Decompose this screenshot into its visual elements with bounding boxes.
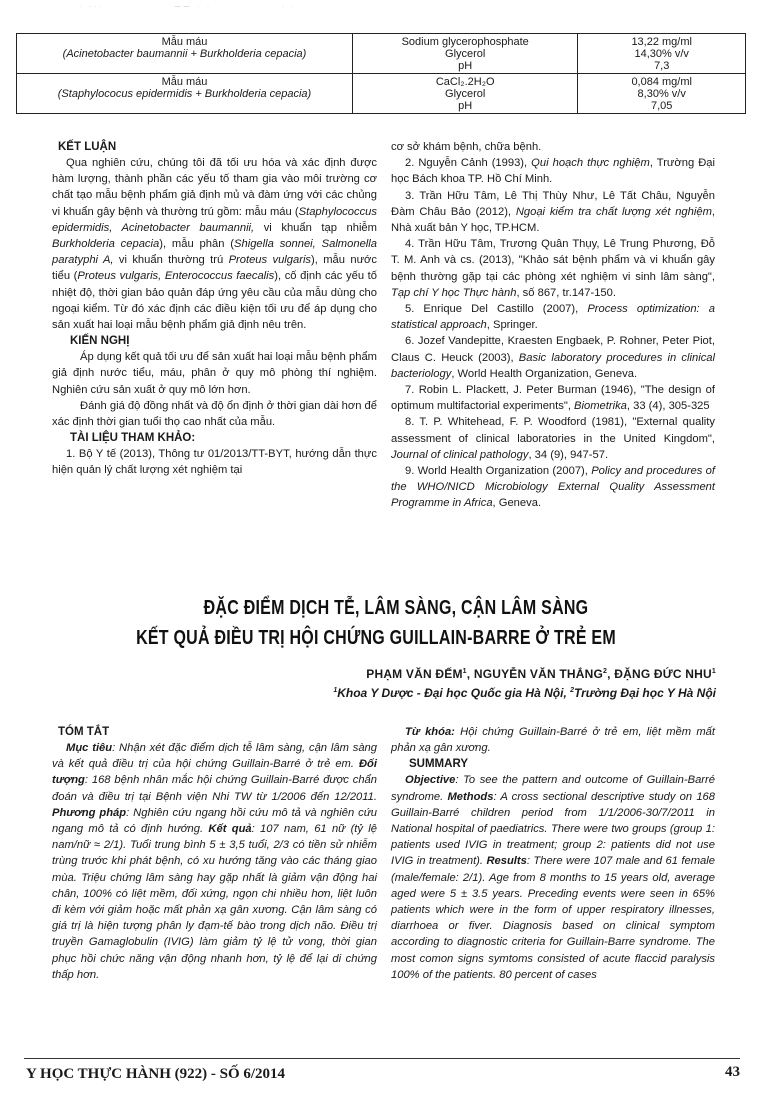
abstract-paragraph: Mục tiêu: Nhận xét đặc điểm dịch tễ lâm …: [52, 740, 377, 983]
references-heading: TÀI LIỆU THAM KHẢO:: [52, 430, 377, 446]
reference-item: 5. Enrique Del Castillo (2007), Process …: [391, 301, 715, 333]
summary-paragraph: Objective: To see the pattern and outcom…: [391, 772, 715, 983]
sample-cell: Mẫu máu (Acinetobacter baumannii + Burkh…: [17, 34, 353, 74]
sample-cell: Mẫu máu (Staphylococus epidermidis + Bur…: [17, 74, 353, 114]
affiliations: 1Khoa Y Dược - Đại học Quốc gia Hà Nội, …: [333, 686, 716, 700]
abstract-vietnamese: TÓM TẮT Mục tiêu: Nhận xét đặc điểm dịch…: [52, 724, 377, 983]
recommendation-paragraph: Đánh giá độ đồng nhất và độ ổn định ở th…: [52, 398, 377, 430]
culture-media-table: Mẫu máu (Acinetobacter baumannii + Burkh…: [16, 33, 746, 114]
keywords-and-summary: Từ khóa: Hội chứng Guillain-Barré ở trẻ …: [391, 724, 715, 983]
reference-item: 4. Trần Hữu Tâm, Trương Quân Thụy, Lê Tr…: [391, 236, 715, 301]
scan-artifacts: · ···—— · ·· ·: [80, 4, 367, 10]
author: ĐẶNG ĐỨC NHU: [614, 667, 712, 681]
summary-heading: SUMMARY: [391, 756, 715, 772]
component-cell: Sodium glycerophosphate Glycerol pH: [352, 34, 577, 74]
table-row: Mẫu máu (Staphylococus epidermidis + Bur…: [17, 74, 746, 114]
recommendation-heading: KIẾN NGHỊ: [52, 333, 377, 349]
component-cell: CaCl₂.2H₂O Glycerol pH: [352, 74, 577, 114]
author: NGUYỄN VĂN THẮNG: [474, 667, 603, 681]
keywords-paragraph: Từ khóa: Hội chứng Guillain-Barré ở trẻ …: [391, 724, 715, 756]
reference-item: 9. World Health Organization (2007), Pol…: [391, 463, 715, 512]
article-title-line-2: KẾT QUẢ ĐIỀU TRỊ HỘI CHỨNG GUILLAIN-BARR…: [70, 627, 681, 650]
conclusion-paragraph: Qua nghiên cứu, chúng tôi đã tối ưu hóa …: [52, 155, 377, 333]
author: PHẠM VĂN ĐẾM: [366, 667, 462, 681]
article-title-line-1: ĐẶC ĐIỂM DỊCH TỄ, LÂM SÀNG, CẬN LÂM SÀNG: [90, 597, 701, 620]
previous-article-right-column: cơ sở khám bệnh, chữa bệnh. 2. Nguyễn Cả…: [391, 139, 715, 512]
reference-item: 8. T. P. Whitehead, F. P. Woodford (1981…: [391, 414, 715, 463]
reference-item: 2. Nguyễn Cảnh (1993), Qui hoạch thực ng…: [391, 155, 715, 187]
footer-divider: [24, 1058, 740, 1059]
recommendation-paragraph: Áp dụng kết quả tối ưu để sản xuất hai l…: [52, 349, 377, 398]
abstract-heading: TÓM TẮT: [52, 724, 377, 740]
table-row: Mẫu máu (Acinetobacter baumannii + Burkh…: [17, 34, 746, 74]
reference-item: 6. Jozef Vandepitte, Kraesten Engbaek, P…: [391, 333, 715, 382]
value-cell: 0,084 mg/ml 8,30% v/v 7,05: [578, 74, 746, 114]
page-number: 43: [725, 1064, 740, 1081]
reference-item: 7. Robin L. Plackett, J. Peter Burman (1…: [391, 382, 715, 414]
author-list: PHẠM VĂN ĐẾM1, NGUYỄN VĂN THẮNG2, ĐẶNG Đ…: [366, 667, 716, 681]
conclusion-heading: KẾT LUẬN: [52, 139, 377, 155]
reference-item: 1. Bộ Y tế (2013), Thông tư 01/2013/TT-B…: [52, 446, 377, 478]
value-cell: 13,22 mg/ml 14,30% v/v 7,3: [578, 34, 746, 74]
previous-article-left-column: KẾT LUẬN Qua nghiên cứu, chúng tôi đã tố…: [52, 139, 377, 479]
journal-footer: Y HỌC THỰC HÀNH (922) - SỐ 6/2014: [26, 1066, 285, 1083]
reference-continuation: cơ sở khám bệnh, chữa bệnh.: [391, 139, 715, 155]
journal-page: · ···—— · ·· · Mẫu máu (Acinetobacter ba…: [0, 0, 764, 1109]
reference-item: 3. Trần Hữu Tâm, Lê Thị Thùy Như, Lê Tất…: [391, 188, 715, 237]
